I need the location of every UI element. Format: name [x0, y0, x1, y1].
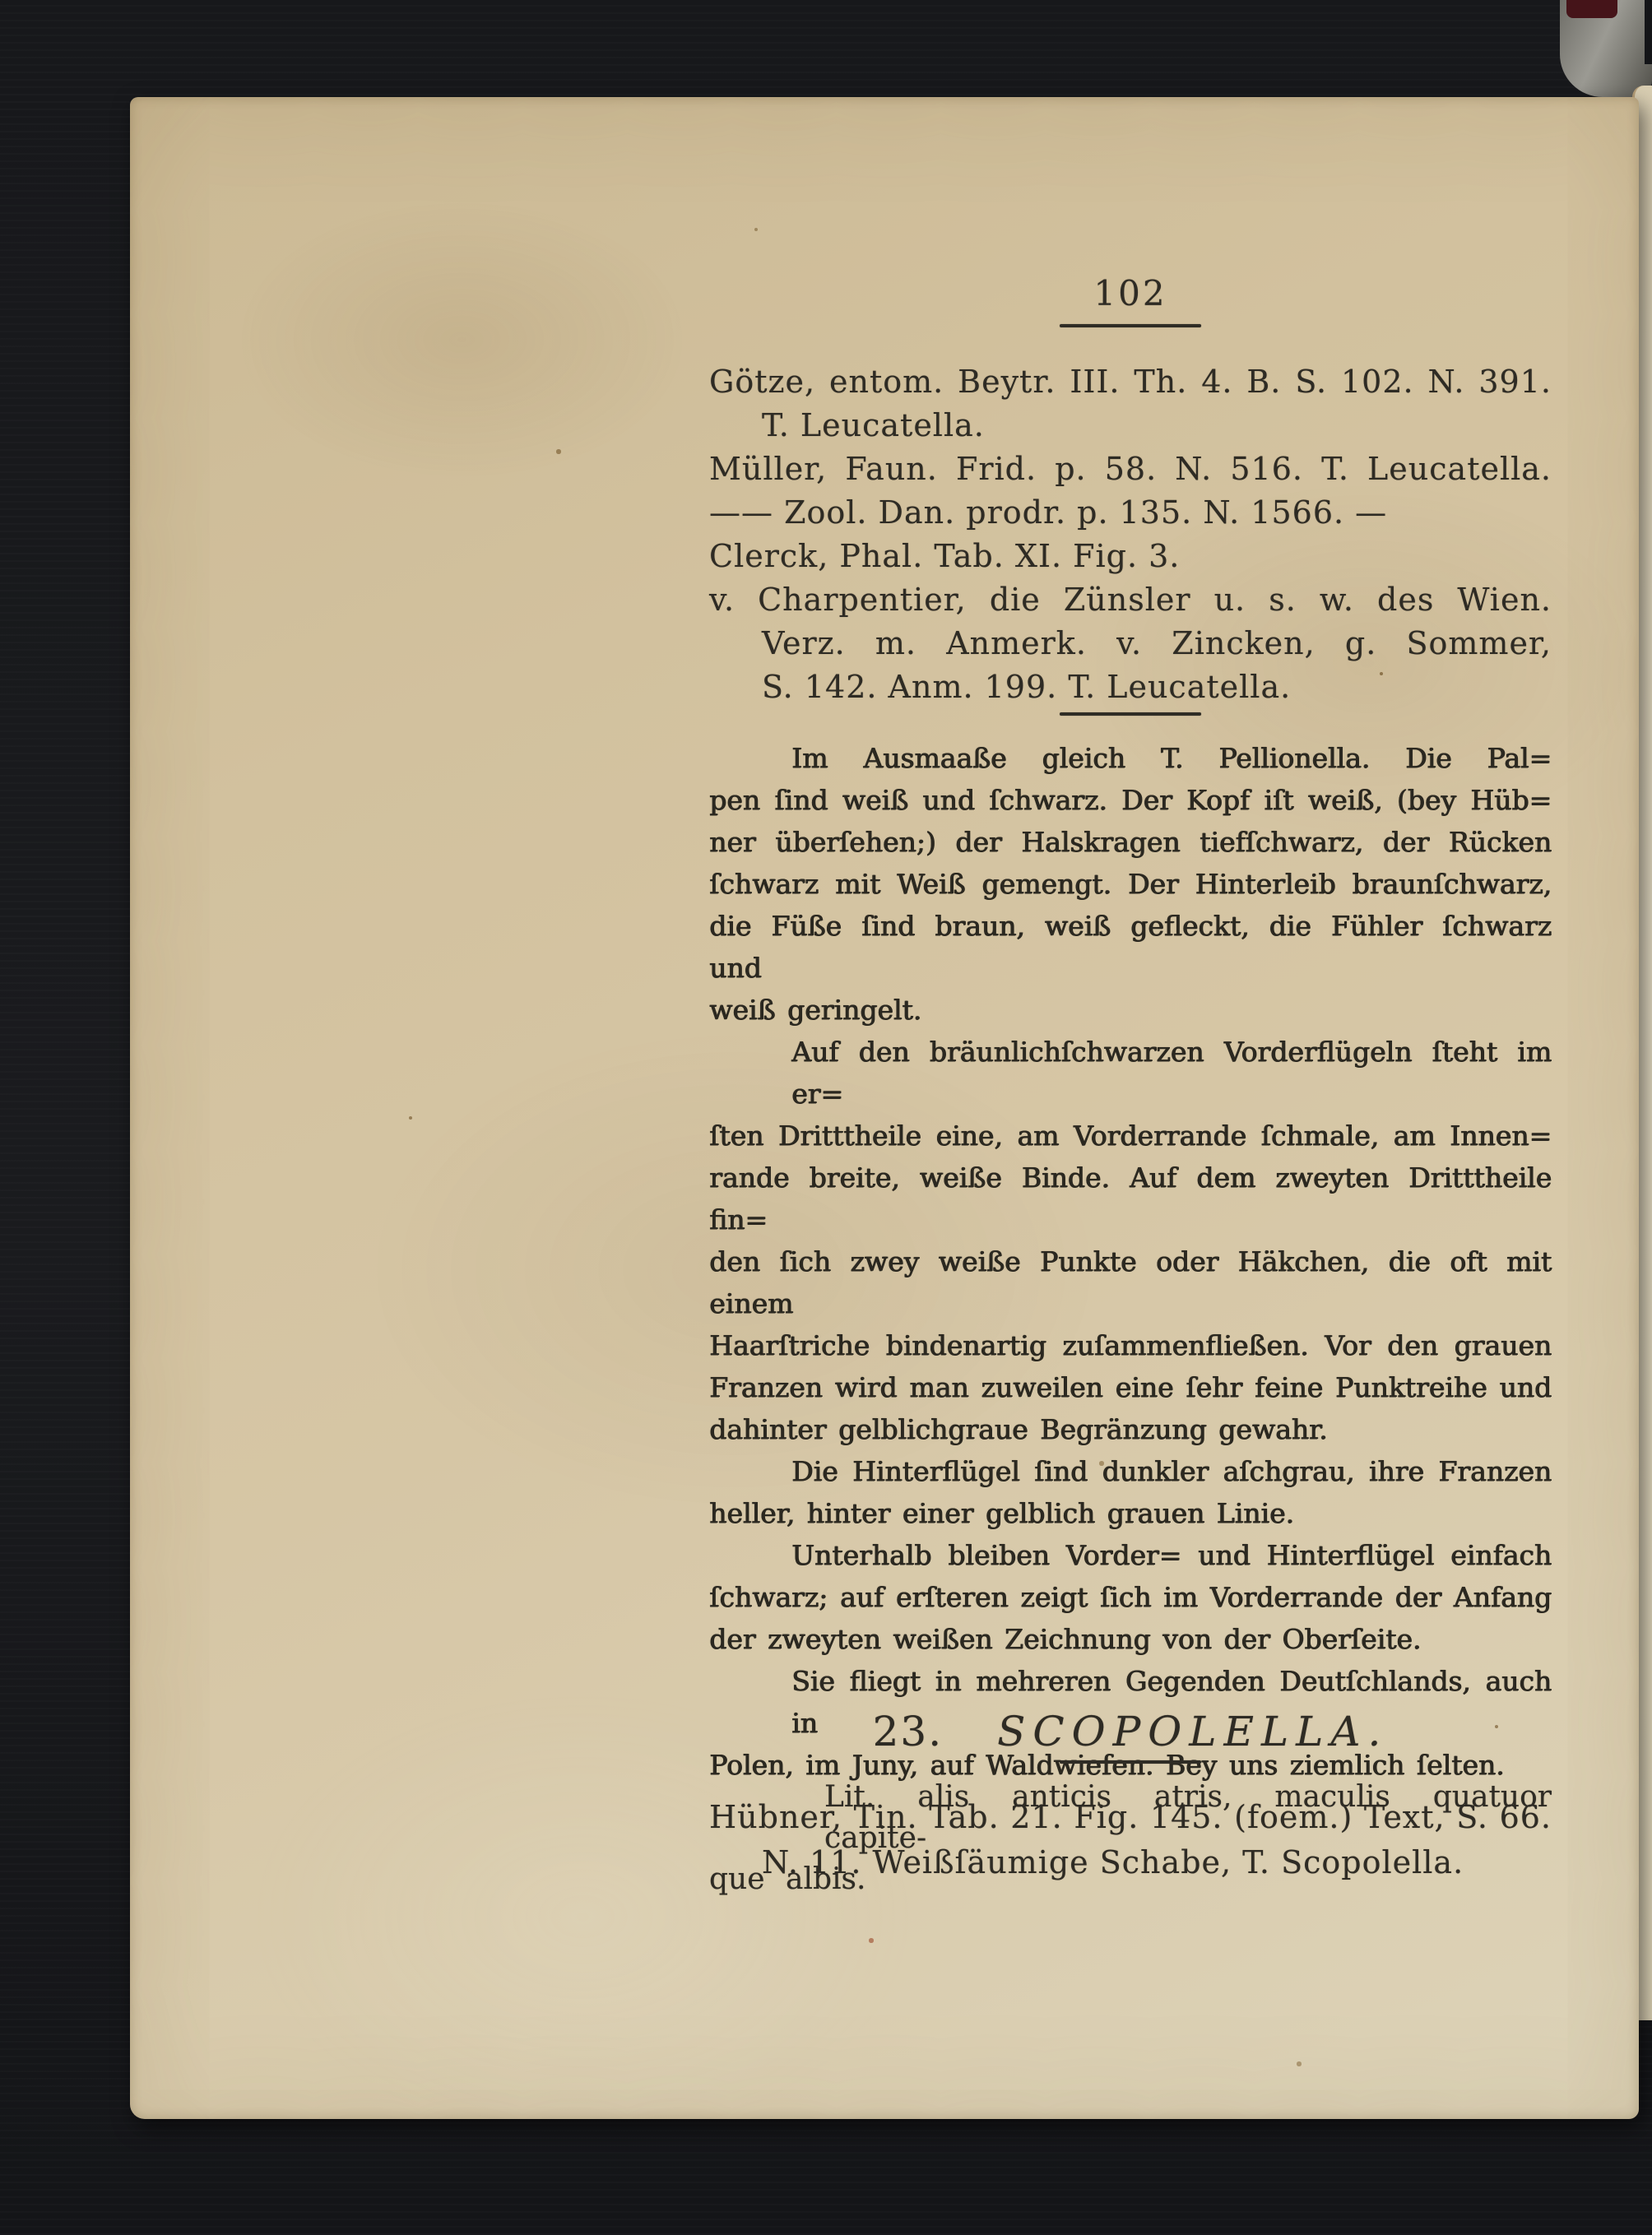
description-line: ner überſehen;) der Halskragen tiefſchwa… — [709, 821, 1552, 863]
references-top-block: Götze, entom. Beytr. III. Th. 4. B. S. 1… — [709, 360, 1552, 709]
description-line: ſchwarz; auf erſteren zeigt ſich im Vord… — [709, 1576, 1552, 1618]
reference-line: Hübner, Tin. Tab. 21. Fig. 145. (foem.) … — [709, 1795, 1552, 1840]
species-heading: 23.SCOPOLELLA. — [709, 1708, 1552, 1755]
description-line: dahinter gelblichgraue Begränzung gewahr… — [709, 1408, 1552, 1450]
species-name: SCOPOLELLA. — [997, 1708, 1388, 1755]
reference-line: Götze, entom. Beytr. III. Th. 4. B. S. 1… — [709, 360, 1552, 404]
description-line: ſten Dritttheile eine, am Vorderrande ſc… — [709, 1115, 1552, 1157]
page-number: 102 — [709, 273, 1552, 313]
reference-line: N. 11. Weißſäumige Schabe, T. Scopolella… — [709, 1840, 1552, 1885]
description-line: Auf den bräunlichſchwarzen Vorderflügeln… — [709, 1031, 1552, 1115]
reference-line: v. Charpentier, die Zünsler u. s. w. des… — [709, 578, 1552, 622]
description-line: rande breite, weiße Binde. Auf dem zweyt… — [709, 1157, 1552, 1240]
species-description: Im Ausmaaße gleich T. Pellionella. Die P… — [709, 737, 1552, 1786]
reference-line: Clerck, Phal. Tab. XI. Fig. 3. — [709, 535, 1552, 578]
reference-line: Müller, Faun. Frid. p. 58. N. 516. T. Le… — [709, 447, 1552, 491]
species-number: 23. — [873, 1708, 944, 1755]
description-line: der zweyten weißen Zeichnung von der Obe… — [709, 1618, 1552, 1660]
description-line: Im Ausmaaße gleich T. Pellionella. Die P… — [709, 737, 1552, 779]
description-line: weiß geringelt. — [709, 989, 1552, 1031]
section-divider-rule — [1060, 1760, 1201, 1764]
references-bottom-block: Hübner, Tin. Tab. 21. Fig. 145. (foem.) … — [709, 1795, 1552, 1885]
description-line: den ſich zwey weiße Punkte oder Häkchen,… — [709, 1240, 1552, 1324]
spine-red-band — [1566, 0, 1617, 18]
description-line: Haarſtriche bindenartig zuſammenfließen.… — [709, 1324, 1552, 1366]
description-line: Unterhalb bleiben Vorder= und Hinterflüg… — [709, 1534, 1552, 1576]
section-divider-rule — [1060, 712, 1201, 716]
description-line: heller, hinter einer gelblich grauen Lin… — [709, 1492, 1552, 1534]
description-line: Die Hinterflügel ſind dunkler aſchgrau, … — [709, 1450, 1552, 1492]
reference-line: —— Zool. Dan. prodr. p. 135. N. 1566. — — [709, 491, 1552, 535]
reference-line: T. Leucatella. — [709, 404, 1552, 447]
book-page: 102 Götze, entom. Beytr. III. Th. 4. B. … — [130, 97, 1639, 2119]
description-line: pen ſind weiß und ſchwarz. Der Kopf iſt … — [709, 779, 1552, 821]
description-line: ſchwarz mit Weiß gemengt. Der Hinterleib… — [709, 863, 1552, 905]
description-line: die Füße ſind braun, weiß gefleckt, die … — [709, 905, 1552, 989]
paper-specks — [130, 97, 132, 99]
page-number-rule — [1060, 324, 1201, 327]
corner-shadow — [1645, 0, 1652, 64]
reference-line: S. 142. Anm. 199. T. Leucatella. — [709, 665, 1552, 709]
description-line: Franzen wird man zuweilen eine ſehr fein… — [709, 1366, 1552, 1408]
reference-line: Verz. m. Anmerk. v. Zincken, g. Sommer, — [709, 622, 1552, 665]
